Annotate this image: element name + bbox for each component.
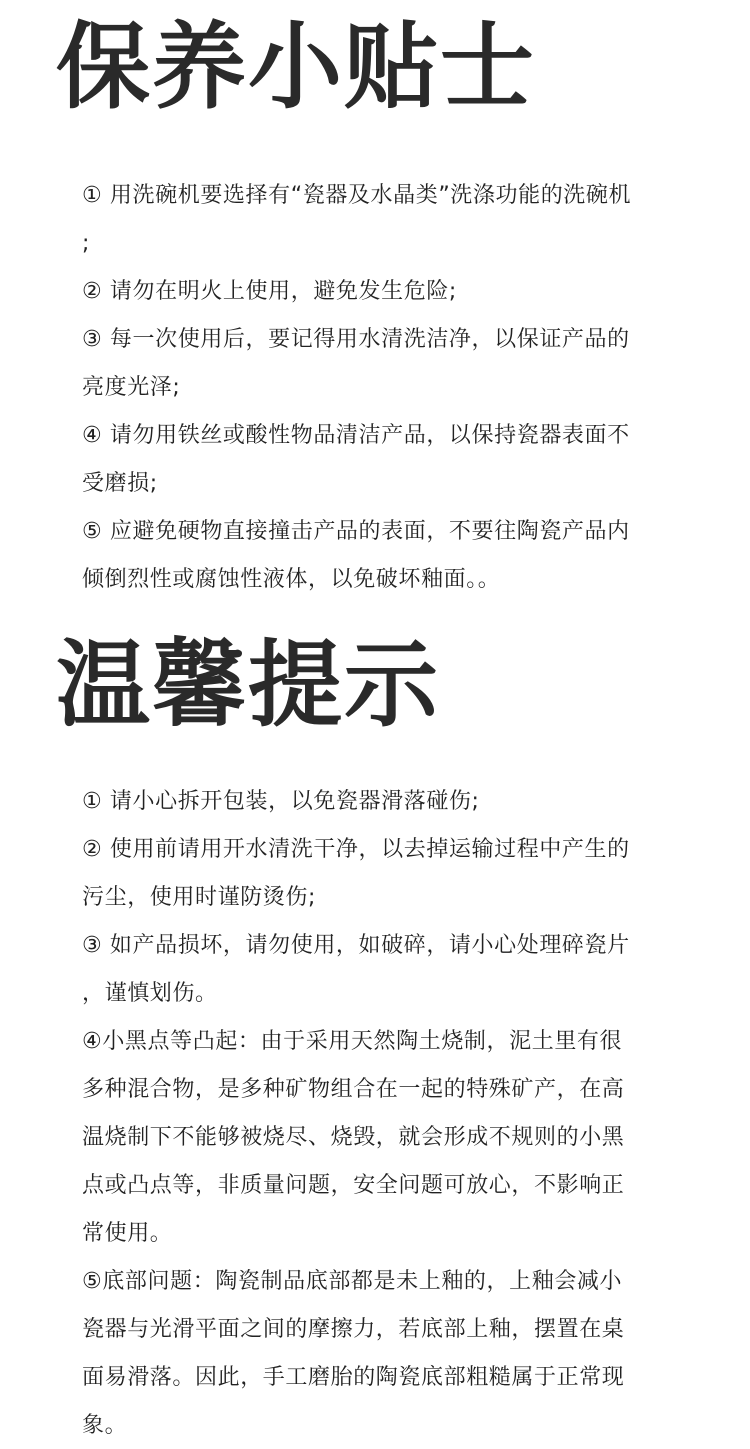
care-tip-line: ① 用洗碗机要选择有“瓷器及水晶类”洗涤功能的洗碗机	[82, 172, 682, 220]
care-tip-line: ④ 请勿用铁丝或酸性物品清洁产品，以保持瓷器表面不	[82, 412, 682, 460]
notice-line: 多种混合物，是多种矿物组合在一起的特殊矿产，在高	[82, 1066, 682, 1114]
care-tips-list: ① 用洗碗机要选择有“瓷器及水晶类”洗涤功能的洗碗机 ; ② 请勿在明火上使用，…	[82, 172, 682, 604]
care-tip-line: ⑤ 应避免硬物直接撞击产品的表面，不要往陶瓷产品内	[82, 508, 682, 556]
care-tips-title: 保养小贴士	[56, 18, 536, 118]
care-tip-line: 亮度光泽;	[82, 364, 682, 412]
notice-line: ① 请小心拆开包装，以免瓷器滑落碰伤;	[82, 778, 682, 826]
care-tip-line: ;	[82, 220, 682, 268]
notice-line: ③ 如产品损坏，请勿使用，如破碎，请小心处理碎瓷片	[82, 922, 682, 970]
notice-line: 污尘，使用时谨防烫伤;	[82, 874, 682, 922]
notice-line: 面易滑落。因此，手工磨胎的陶瓷底部粗糙属于正常现	[82, 1354, 682, 1402]
notice-line: ，谨慎划伤。	[82, 970, 682, 1018]
notice-line: ② 使用前请用开水清洗干净，以去掉运输过程中产生的	[82, 826, 682, 874]
care-tip-line: 倾倒烈性或腐蚀性液体，以免破坏釉面。。	[82, 556, 682, 604]
notice-line: 点或凸点等，非质量问题，安全问题可放心，不影响正	[82, 1162, 682, 1210]
care-tip-line: ③ 每一次使用后，要记得用水清洗洁净，以保证产品的	[82, 316, 682, 364]
warm-notice-title: 温馨提示	[56, 636, 440, 736]
notice-line: ④小黑点等凸起：由于采用天然陶土烧制，泥土里有很	[82, 1018, 682, 1066]
care-tip-line: ② 请勿在明火上使用，避免发生危险;	[82, 268, 682, 316]
care-tip-line: 受磨损;	[82, 460, 682, 508]
notice-line: 常使用。	[82, 1210, 682, 1258]
notice-line: 瓷器与光滑平面之间的摩擦力，若底部上釉，摆置在桌	[82, 1306, 682, 1354]
notice-line: 温烧制下不能够被烧尽、烧毁，就会形成不规则的小黑	[82, 1114, 682, 1162]
notice-line: 象。	[82, 1402, 682, 1449]
warm-notice-list: ① 请小心拆开包装，以免瓷器滑落碰伤; ② 使用前请用开水清洗干净，以去掉运输过…	[82, 778, 682, 1449]
notice-line: ⑤底部问题：陶瓷制品底部都是未上釉的，上釉会减小	[82, 1258, 682, 1306]
